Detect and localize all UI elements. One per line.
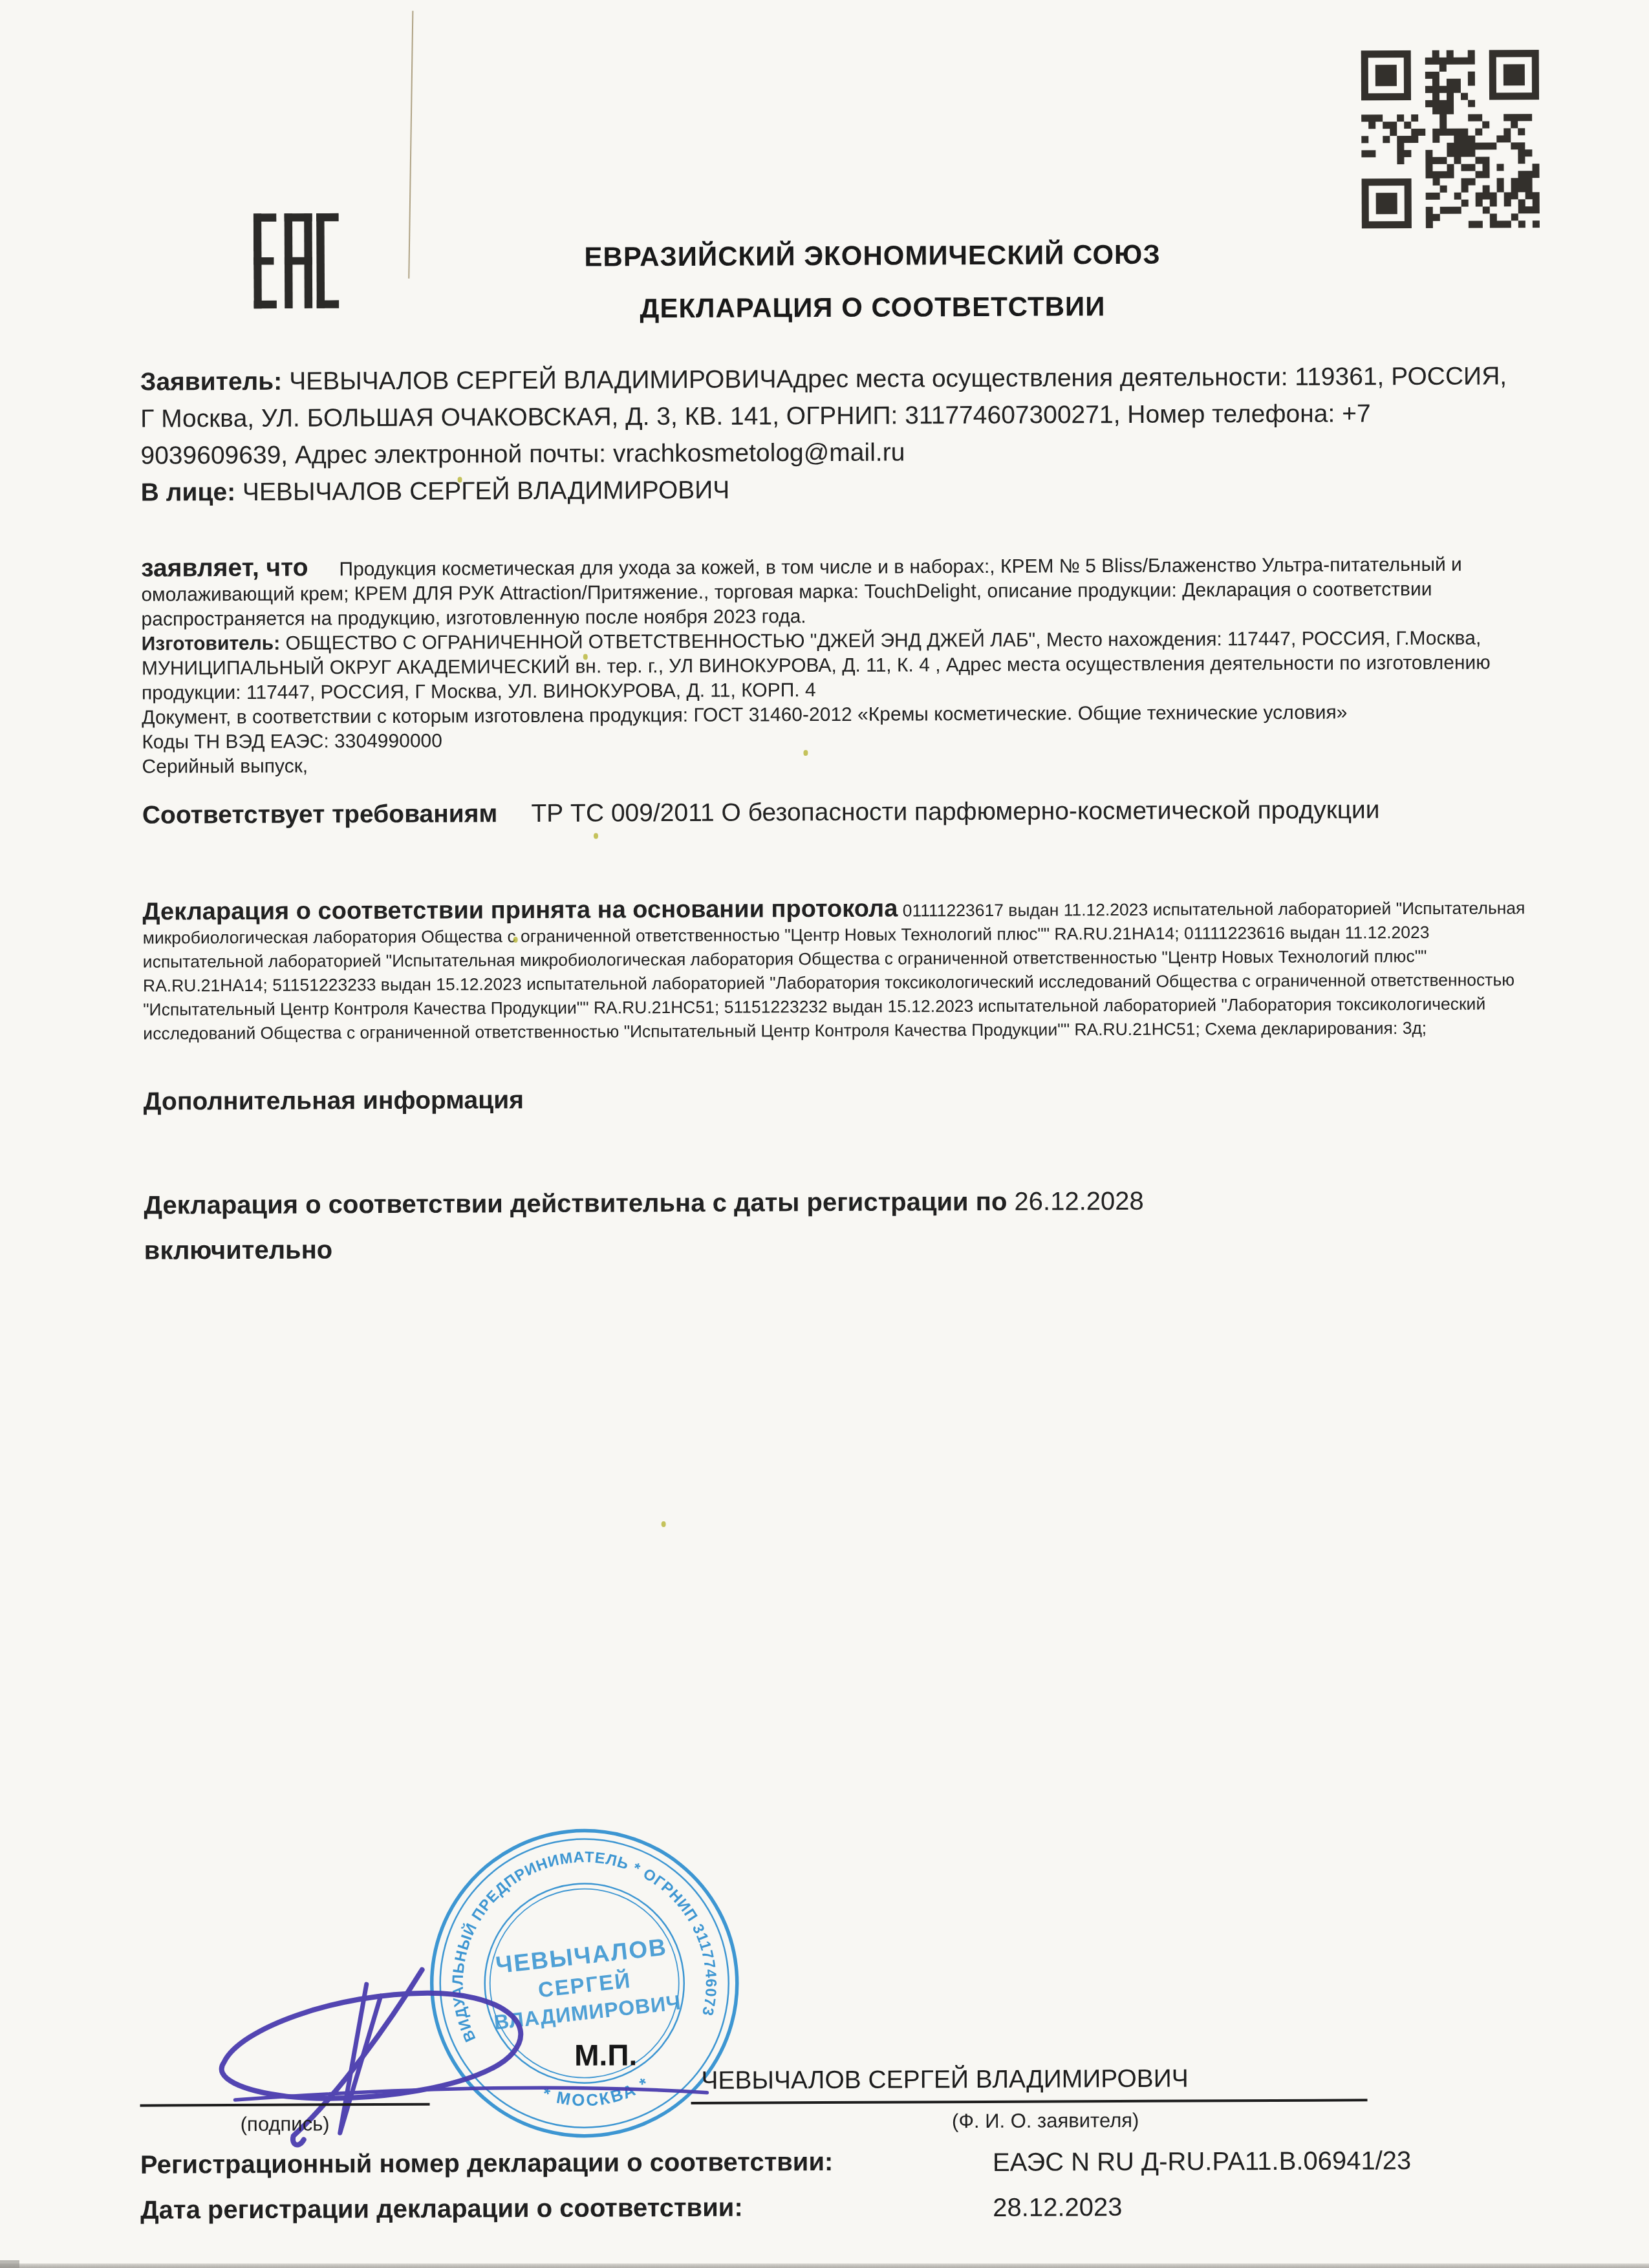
document-title: ДЕКЛАРАЦИЯ О СООТВЕТСТВИИ: [151, 289, 1593, 326]
qr-code: [1361, 50, 1546, 235]
paper-speck: [458, 476, 462, 482]
manufacturer-label: Изготовитель:: [142, 633, 281, 655]
compliance-section: Соответствует требованиямТР ТС 009/2011 …: [142, 791, 1526, 834]
name-caption: (Ф. И. О. заявителя): [819, 2108, 1272, 2134]
additional-info-label: Дополнительная информация: [144, 1082, 1527, 1116]
scan-scratch-artifact: [408, 11, 413, 279]
in-person-text: ЧЕВЫЧАЛОВ СЕРГЕЙ ВЛАДИМИРОВИЧ: [235, 476, 729, 506]
declares-label: заявляет, что: [141, 553, 308, 582]
applicant-label: Заявитель:: [140, 368, 283, 396]
product-text: Продукция косметическая для ухода за кож…: [141, 554, 1462, 630]
registration-number-label: Регистрационный номер декларации о соотв…: [140, 2148, 834, 2180]
paper-speck: [803, 750, 808, 756]
validity-suffix: включительно: [144, 1230, 1528, 1265]
registration-date-label: Дата регистрации декларации о соответств…: [140, 2194, 743, 2225]
paper-speck: [513, 937, 518, 943]
in-person-line: В лице: ЧЕВЫЧАЛОВ СЕРГЕЙ ВЛАДИМИРОВИЧ: [141, 468, 1525, 511]
in-person-label: В лице:: [141, 478, 236, 507]
validity-prefix: Декларация о соответствии действительна …: [144, 1188, 1014, 1220]
scan-bottom-edge: [0, 2263, 1649, 2268]
validity-date: 26.12.2028: [1014, 1187, 1143, 1216]
applicant-section: Заявитель: ЧЕВЫЧАЛОВ СЕРГЕЙ ВЛАДИМИРОВИЧ…: [140, 358, 1525, 511]
registration-date-value: 28.12.2023: [993, 2193, 1122, 2223]
declarant-name: ЧЕВЫЧАЛОВ СЕРГЕЙ ВЛАДИМИРОВИЧ: [701, 2065, 1189, 2095]
basis-label: Декларация о соответствии принята на осн…: [142, 895, 898, 926]
paper-speck: [594, 833, 598, 839]
basis-section: Декларация о соответствии принята на осн…: [142, 894, 1527, 1045]
union-title: ЕВРАЗИЙСКИЙ ЭКОНОМИЧЕСКИЙ СОЮЗ: [151, 237, 1593, 275]
mp-seal-label: М.П.: [574, 2037, 637, 2072]
applicant-text: ЧЕВЫЧАЛОВ СЕРГЕЙ ВЛАДИМИРОВИЧАдрес места…: [140, 362, 1507, 469]
manufacturer-paragraph: Изготовитель: ОБЩЕСТВО С ОГРАНИЧЕННОЙ ОТ…: [142, 626, 1525, 705]
registration-number-value: ЕАЭС N RU Д-RU.РА11.В.06941/23: [993, 2146, 1412, 2177]
applicant-line: Заявитель: ЧЕВЫЧАЛОВ СЕРГЕЙ ВЛАДИМИРОВИЧ…: [140, 358, 1525, 474]
declaration-section: заявляет, чтоПродукция косметическая для…: [141, 550, 1525, 779]
manufacturer-text: ОБЩЕСТВО С ОГРАНИЧЕННОЙ ОТВЕТСТВЕННОСТЬЮ…: [142, 628, 1491, 704]
product-paragraph: заявляет, чтоПродукция косметическая для…: [141, 550, 1525, 632]
paper-speck: [583, 654, 588, 660]
signature-caption: (подпись): [140, 2112, 430, 2137]
scan-corner-shadow: [0, 2260, 19, 2268]
compliance-label: Соответствует требованиям: [142, 800, 498, 829]
compliance-text: ТР ТС 009/2011 О безопасности парфюмерно…: [531, 796, 1379, 828]
paper-speck: [662, 1521, 666, 1527]
validity-line: Декларация о соответствии действительна …: [144, 1185, 1527, 1220]
declaration-document: ЕВРАЗИЙСКИЙ ЭКОНОМИЧЕСКИЙ СОЮЗ ДЕКЛАРАЦИ…: [0, 0, 1649, 2268]
name-line: [691, 2099, 1368, 2104]
